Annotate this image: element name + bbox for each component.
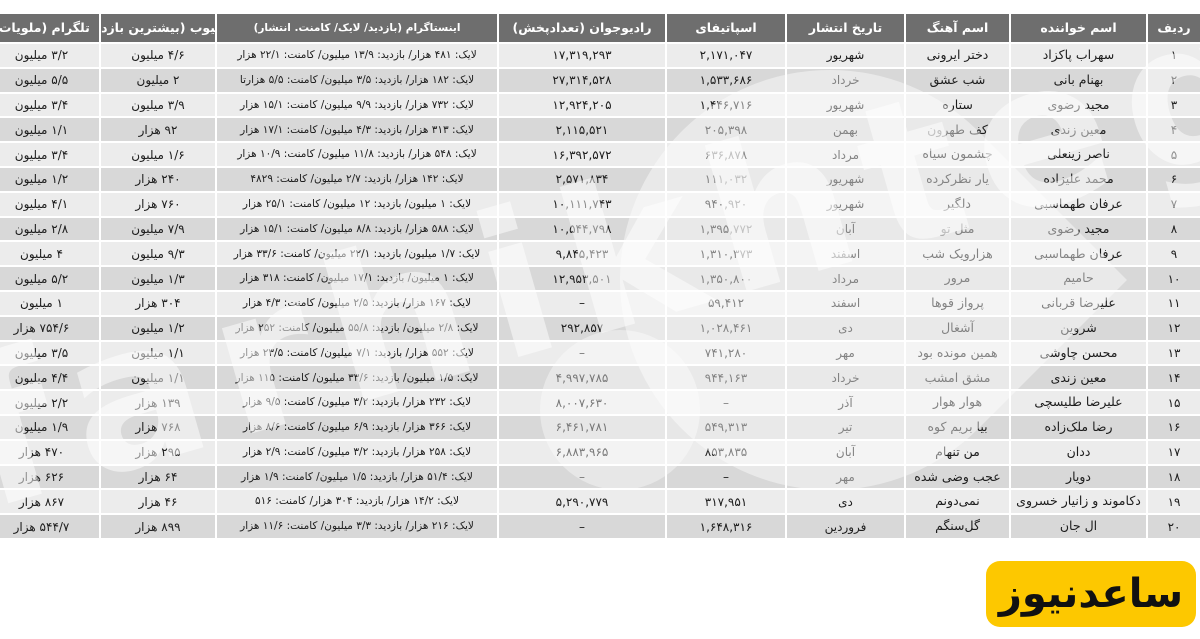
- table-cell: ۲۹۲,۸۵۷: [499, 317, 665, 340]
- table-cell: شهریور: [787, 44, 904, 67]
- table-cell: عجب وضی شده: [906, 466, 1009, 489]
- table-cell: شهریور: [787, 193, 904, 216]
- table-cell: لایک: ۱/۷ میلیون/ بازدید: ۲۲/۱ میلیون/ ک…: [217, 242, 497, 265]
- table-cell: لایک: ۵۴۸ هزار/ بازدید: ۱۱/۸ میلیون/ کام…: [217, 143, 497, 166]
- table-cell: لایک: ۵۸۸ هزار/ بازدید: ۸/۸ میلیون/ کامن…: [217, 218, 497, 241]
- table-cell: ۹۴۴,۱۶۳: [667, 366, 785, 389]
- table-cell: کف طهرون: [906, 118, 1009, 141]
- table-cell: ۶,۴۶۱,۷۸۱: [499, 416, 665, 439]
- table-cell: لایک: ۱۶۷ هزار/ بازدید: ۲/۵ میلیون/ کامن…: [217, 292, 497, 315]
- table-cell: لایک: ۲۵۸ هزار/ بازدید: ۳/۲ میلیون/ کامن…: [217, 441, 497, 464]
- table-cell: ۱/۲ میلیون: [0, 168, 99, 191]
- table-cell: ۲۰: [1148, 515, 1200, 538]
- table-cell: ۱/۹ میلیون: [0, 416, 99, 439]
- table-cell: لایک: ۷۳۲ هزار/ بازدید: ۹/۹ میلیون/ کامن…: [217, 94, 497, 117]
- table-cell: ۹۴۰,۹۲۰: [667, 193, 785, 216]
- table-cell: هزارویک شب: [906, 242, 1009, 265]
- table-cell: ال جان: [1011, 515, 1146, 538]
- table-cell: ۶۳۶,۸۷۸: [667, 143, 785, 166]
- table-cell: نمی‌دونم: [906, 490, 1009, 513]
- table-cell: ۸: [1148, 218, 1200, 241]
- table-cell: ۱,۶۴۸,۳۱۶: [667, 515, 785, 538]
- table-cell: ۵۹,۴۱۲: [667, 292, 785, 315]
- table-cell: –: [499, 342, 665, 365]
- table-cell: ۱: [1148, 44, 1200, 67]
- table-cell: ۱/۳ میلیون: [101, 267, 215, 290]
- table-cell: هوار هوار: [906, 391, 1009, 414]
- table-cell: شهریور: [787, 94, 904, 117]
- table-cell: –: [667, 391, 785, 414]
- table-cell: آذر: [787, 391, 904, 414]
- table-cell: معین زندی: [1011, 366, 1146, 389]
- table-cell: آبان: [787, 218, 904, 241]
- table-cell: لایک: ۲۱۶ هزار/ بازدید: ۳/۳ میلیون/ کامن…: [217, 515, 497, 538]
- table-cell: ۲۰۵,۳۹۸: [667, 118, 785, 141]
- table-cell: دویار: [1011, 466, 1146, 489]
- saednews-logo-text: ساعدنیوز: [999, 571, 1183, 617]
- table-cell: ۶: [1148, 168, 1200, 191]
- table-cell: ۵: [1148, 143, 1200, 166]
- column-header: یوتیوب (بیشترین بازدید): [101, 14, 215, 42]
- table-cell: ۳۰۴ هزار: [101, 292, 215, 315]
- table-cell: ۹/۳ میلیون: [101, 242, 215, 265]
- table-cell: مرور: [906, 267, 1009, 290]
- table-cell: ۵,۲۹۰,۷۷۹: [499, 490, 665, 513]
- table-cell: ۳/۲ میلیون: [0, 44, 99, 67]
- table-cell: ۲,۱۱۵,۵۲۱: [499, 118, 665, 141]
- table-cell: ۲,۵۷۱,۸۳۴: [499, 168, 665, 191]
- table-cell: ۱۳: [1148, 342, 1200, 365]
- column-header: ردیف: [1148, 14, 1200, 42]
- saednews-logo: ساعدنیوز: [986, 561, 1196, 627]
- table-cell: شهریور: [787, 168, 904, 191]
- table-cell: دلگیر: [906, 193, 1009, 216]
- table-cell: ۱ میلیون: [0, 292, 99, 315]
- table-cell: ۴/۱ میلیون: [0, 193, 99, 216]
- table-cell: ۷۶۸ هزار: [101, 416, 215, 439]
- table-cell: ۳/۴ میلیون: [0, 143, 99, 166]
- table-cell: ۵/۲ میلیون: [0, 267, 99, 290]
- table-cell: ۲/۲ میلیون: [0, 391, 99, 414]
- table-cell: ۳: [1148, 94, 1200, 117]
- table-cell: رضا ملک‌زاده: [1011, 416, 1146, 439]
- table-cell: آبان: [787, 441, 904, 464]
- table-cell: ۳۱۷,۹۵۱: [667, 490, 785, 513]
- table-cell: ۹: [1148, 242, 1200, 265]
- column-header: اسم خواننده: [1011, 14, 1146, 42]
- column-header: اینستاگرام (بازدید/ لایک/ کامنت. انتشار): [217, 14, 497, 42]
- table-cell: شروین: [1011, 317, 1146, 340]
- table-cell: ۶,۸۸۳,۹۶۵: [499, 441, 665, 464]
- table-cell: ۳/۵ میلیون: [0, 342, 99, 365]
- table-cell: ۷/۹ میلیون: [101, 218, 215, 241]
- table-cell: ۴ میلیون: [0, 242, 99, 265]
- table-cell: مهر: [787, 342, 904, 365]
- table-cell: بهمن: [787, 118, 904, 141]
- table-cell: ۲: [1148, 69, 1200, 92]
- column-header: تلگرام (ملویات): [0, 14, 99, 42]
- table-cell: مجید رضوی: [1011, 94, 1146, 117]
- table-cell: ۳/۹ میلیون: [101, 94, 215, 117]
- table-cell: ۱۸: [1148, 466, 1200, 489]
- table-cell: ۷۴۱,۲۸۰: [667, 342, 785, 365]
- table-cell: ۹۲ هزار: [101, 118, 215, 141]
- table-cell: بیا بریم کوه: [906, 416, 1009, 439]
- table-cell: ۱۲: [1148, 317, 1200, 340]
- table-cell: علیرضا قربانی: [1011, 292, 1146, 315]
- table-cell: آشغال: [906, 317, 1009, 340]
- table-cell: –: [499, 292, 665, 315]
- table-cell: ۵/۵ میلیون: [0, 69, 99, 92]
- table-cell: گل‌سنگم: [906, 515, 1009, 538]
- table-cell: دکاموند و زانیار خسروی: [1011, 490, 1146, 513]
- table-cell: پرواز قوها: [906, 292, 1009, 315]
- table-cell: شب عشق: [906, 69, 1009, 92]
- table-cell: ۱,۵۳۳,۶۸۶: [667, 69, 785, 92]
- table-cell: ۳/۴ میلیون: [0, 94, 99, 117]
- column-header: رادیوجوان (تعدادپخش): [499, 14, 665, 42]
- table-cell: ۴۷۰ هزار: [0, 441, 99, 464]
- table-cell: لایک: ۴۸۱ هزار/ بازدید: ۱۳/۹ میلیون/ کام…: [217, 44, 497, 67]
- table-cell: لایک: ۱۴۲ هزار/ بازدید: ۲/۷ میلیون/ کامن…: [217, 168, 497, 191]
- table-cell: ناصر زینعلی: [1011, 143, 1146, 166]
- table-cell: مهر: [787, 466, 904, 489]
- table-cell: ۷۵۴/۶ هزار: [0, 317, 99, 340]
- table-cell: علیرضا طلیسچی: [1011, 391, 1146, 414]
- table-cell: لایک: ۱/۵ میلیون/ بازدید: ۳۳/۶ میلیون/ ک…: [217, 366, 497, 389]
- table-cell: ۴: [1148, 118, 1200, 141]
- table-cell: مرداد: [787, 267, 904, 290]
- table-cell: اسفند: [787, 242, 904, 265]
- table-cell: ۱۹: [1148, 490, 1200, 513]
- table-cell: محمد علیزاده: [1011, 168, 1146, 191]
- table-cell: ۱,۳۹۵,۷۷۲: [667, 218, 785, 241]
- table-cell: ۱,۳۵۰,۸۰۰: [667, 267, 785, 290]
- table-cell: ۱/۱ میلیون: [101, 342, 215, 365]
- table-cell: خرداد: [787, 366, 904, 389]
- table-cell: ۱/۲ میلیون: [101, 317, 215, 340]
- page: ردیفاسم خوانندهاسم آهنگتاریخ انتشاراسپات…: [0, 0, 1200, 639]
- table-cell: –: [499, 515, 665, 538]
- table-cell: ۸,۰۰۷,۶۳۰: [499, 391, 665, 414]
- table-cell: ۴/۶ میلیون: [101, 44, 215, 67]
- column-header: اسپاتیفای: [667, 14, 785, 42]
- table-cell: ۱۱: [1148, 292, 1200, 315]
- table-cell: همین مونده بود: [906, 342, 1009, 365]
- table-cell: من تنهام: [906, 441, 1009, 464]
- table-cell: ۱۲,۹۵۳,۵۰۱: [499, 267, 665, 290]
- table-cell: ۱۱۱,۰۳۲: [667, 168, 785, 191]
- table-cell: لایک: ۱۴/۲ هزار/ بازدید: ۳۰۴ هزار/ کامنت…: [217, 490, 497, 513]
- table-cell: لایک: ۵۱/۴ هزار/ بازدید: ۱/۵ میلیون/ کام…: [217, 466, 497, 489]
- table-cell: ۱۴: [1148, 366, 1200, 389]
- table-cell: ۲۴۰ هزار: [101, 168, 215, 191]
- table-cell: سهراب پاکزاد: [1011, 44, 1146, 67]
- table-cell: ۲ میلیون: [101, 69, 215, 92]
- singers-social-stats-table: ردیفاسم خوانندهاسم آهنگتاریخ انتشاراسپات…: [0, 14, 1200, 538]
- table-cell: عرفان طهماسبی: [1011, 242, 1146, 265]
- table-cell: ۱,۴۴۶,۷۱۶: [667, 94, 785, 117]
- table-cell: معین زندی: [1011, 118, 1146, 141]
- table-cell: عرفان طهماسبی: [1011, 193, 1146, 216]
- table-cell: دی: [787, 490, 904, 513]
- table-cell: لایک: ۵۵۲ هزار/ بازدید: ۷/۱ میلیون/ کامن…: [217, 342, 497, 365]
- table-cell: ۱۷: [1148, 441, 1200, 464]
- table-cell: ۶۲۶ هزار: [0, 466, 99, 489]
- table-cell: ۹,۸۴۵,۴۲۳: [499, 242, 665, 265]
- table-cell: ۱/۶ میلیون: [101, 143, 215, 166]
- table-cell: ۴۶ هزار: [101, 490, 215, 513]
- table-cell: لایک: ۱ میلیون/ بازدید: ۱۷/۱ میلیون/ کام…: [217, 267, 497, 290]
- table-cell: لایک: ۱۸۲ هزار/ بازدید: ۳/۵ میلیون/ کامن…: [217, 69, 497, 92]
- table-cell: مثل تو: [906, 218, 1009, 241]
- singers-social-stats-table-wrap: ردیفاسم خوانندهاسم آهنگتاریخ انتشاراسپات…: [0, 14, 1200, 538]
- table-cell: ۱۵: [1148, 391, 1200, 414]
- table-cell: ۱۳۹ هزار: [101, 391, 215, 414]
- table-cell: –: [667, 466, 785, 489]
- table-cell: حامیم: [1011, 267, 1146, 290]
- table-cell: لایک: ۳۱۳ هزار/ بازدید: ۴/۳ میلیون/ کامن…: [217, 118, 497, 141]
- table-cell: ۴,۹۹۷,۷۸۵: [499, 366, 665, 389]
- table-cell: ۱,۰۲۸,۴۶۱: [667, 317, 785, 340]
- table-cell: لایک: ۱ میلیون/ بازدید: ۱۲ میلیون/ کامنت…: [217, 193, 497, 216]
- table-cell: ددان: [1011, 441, 1146, 464]
- table-cell: ۱۶: [1148, 416, 1200, 439]
- table-cell: ۱,۳۱۰,۳۷۳: [667, 242, 785, 265]
- column-header: تاریخ انتشار: [787, 14, 904, 42]
- table-cell: لایک: ۲۳۲ هزار/ بازدید: ۳/۲ میلیون/ کامن…: [217, 391, 497, 414]
- table-cell: ۱۰,۵۴۴,۷۹۸: [499, 218, 665, 241]
- table-cell: ۱۰,۱۱۱,۷۴۳: [499, 193, 665, 216]
- table-cell: ۸۹۹ هزار: [101, 515, 215, 538]
- table-cell: فروردین: [787, 515, 904, 538]
- table-cell: دختر ایرونی: [906, 44, 1009, 67]
- table-cell: ۵۴۴/۷ هزار: [0, 515, 99, 538]
- table-cell: ۷۶۰ هزار: [101, 193, 215, 216]
- table-cell: مرداد: [787, 143, 904, 166]
- table-cell: ۵۴۹,۳۱۳: [667, 416, 785, 439]
- table-cell: ۱/۱ میلیون: [101, 366, 215, 389]
- table-cell: ۷: [1148, 193, 1200, 216]
- table-cell: خرداد: [787, 69, 904, 92]
- table-cell: اسفند: [787, 292, 904, 315]
- table-cell: مشق امشب: [906, 366, 1009, 389]
- table-cell: ۸۶۷ هزار: [0, 490, 99, 513]
- table-cell: محسن چاوشی: [1011, 342, 1146, 365]
- table-cell: ۲/۸ میلیون: [0, 218, 99, 241]
- table-cell: ۲۹۵ هزار: [101, 441, 215, 464]
- table-cell: ۱۷,۳۱۹,۲۹۳: [499, 44, 665, 67]
- column-header: اسم آهنگ: [906, 14, 1009, 42]
- table-cell: لایک: ۳۶۶ هزار/ بازدید: ۶/۹ میلیون/ کامن…: [217, 416, 497, 439]
- table-cell: ۲۷,۳۱۴,۵۲۸: [499, 69, 665, 92]
- table-cell: ستاره: [906, 94, 1009, 117]
- table-cell: تیر: [787, 416, 904, 439]
- table-cell: ۶۴ هزار: [101, 466, 215, 489]
- table-cell: ۱۰: [1148, 267, 1200, 290]
- table-cell: ۴/۴ میلیون: [0, 366, 99, 389]
- table-cell: ۱۶,۳۹۲,۵۷۲: [499, 143, 665, 166]
- table-cell: مجید رضوی: [1011, 218, 1146, 241]
- table-cell: ۲,۱۷۱,۰۴۷: [667, 44, 785, 67]
- table-cell: ۱/۱ میلیون: [0, 118, 99, 141]
- table-cell: لایک: ۲/۸ میلیون/ بازدید: ۵۵/۸ میلیون/ ک…: [217, 317, 497, 340]
- table-cell: دی: [787, 317, 904, 340]
- table-cell: ۸۵۳,۸۳۵: [667, 441, 785, 464]
- table-cell: بهنام بانی: [1011, 69, 1146, 92]
- table-cell: ۱۲,۹۲۴,۲۰۵: [499, 94, 665, 117]
- table-cell: چشمون سیاه: [906, 143, 1009, 166]
- table-cell: –: [499, 466, 665, 489]
- table-cell: یار نظرکرده: [906, 168, 1009, 191]
